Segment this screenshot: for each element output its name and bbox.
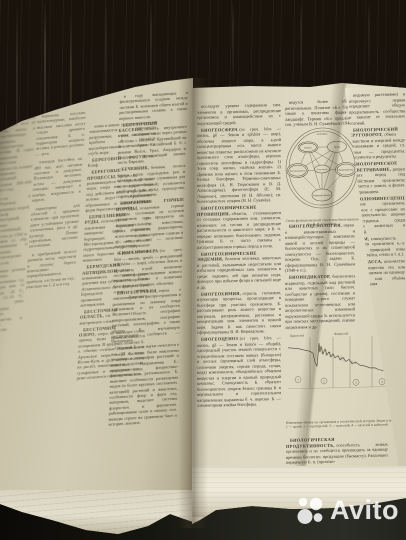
text-paragraph: характерны для областей с аридным климат… — [29, 202, 80, 249]
graph-marker-2: 2 — [323, 379, 325, 383]
entry-headword: БИОЛОГИЧЕСКОЕ ВЫВЕТРИВАНИЕ, — [349, 160, 397, 172]
entry-body: (от греч. bíos — жизнь, gē — Земля и koi… — [197, 335, 281, 408]
graph-marker-3: 3 — [355, 380, 357, 384]
left-page-column-4: в году выпадающих и фильтрующихся осадко… — [106, 90, 188, 498]
entry-body: (от греч. bíos — жизнь, gē — Земля и sph… — [197, 125, 281, 203]
wood-grain-streak — [368, 0, 370, 78]
entry-body: водимую растениями) и вторичную; первая … — [349, 91, 405, 125]
entry-body: отрасль геохимии, изучающая процессы, пр… — [197, 289, 281, 334]
entry-body: в году выпадающих и фильтрующихся осадко… — [119, 90, 188, 121]
dictionary-entry: БЕССТОЧНЫЙ БАССЕЙН,область внутреннего с… — [117, 118, 187, 165]
dictionary-entry: БИОГЕОХИМИЯ,отрасль геохимии, изучающая … — [197, 289, 281, 335]
entry-body: исследует уровни содержания хим. элемент… — [197, 102, 281, 125]
dictionary-entry: БИОГЕОЦЕНОЗ(от греч. bíos — жизнь, gē — … — [197, 335, 281, 408]
scheme-node-animals: Животный мир — [339, 168, 355, 171]
dictionary-entry: БИОГЕОГРАФИЯ,наука о закономерностях рас… — [111, 286, 181, 344]
dictionary-entry: БИОГЕОХИМИЧЕСКИЕ ЭНДЕМИИ,болезни человек… — [197, 249, 281, 289]
book-left-page: нистые, преим. хвойные леса из ели, пихт… — [0, 78, 193, 540]
dictionary-entry: БИОГЕНОСФЕРА(от греч. bíos — жизнь, -gen… — [113, 247, 183, 289]
wood-grain-streak — [150, 0, 152, 95]
dictionary-entry: исследует уровни содержания хим. элемент… — [197, 102, 281, 126]
graph-marker-1: 1 — [297, 378, 299, 382]
graph-label-mid: Фанерозой — [334, 331, 348, 335]
graph-label-left: Криптозой — [290, 333, 304, 337]
avito-watermark: Avito — [294, 494, 399, 526]
text-paragraph: площадь бассейна ок. 480 тыс. км²; питан… — [32, 156, 83, 203]
entry-body: Создание Б. как науки относится к нач. 1… — [108, 342, 179, 427]
dictionary-entry: водимую растениями) и вторичную; первая … — [349, 91, 405, 125]
dictionary-entry: БЕЧЕВНИК,бечевая, полоса берега вдоль су… — [116, 163, 185, 200]
scheme-node-plants: Растительность — [290, 170, 305, 172]
wood-grain-streak — [232, 0, 234, 85]
dictionary-entry: БИОГЕОСФЕРА(от греч. bíos — жизнь, gē — … — [197, 125, 281, 204]
book-right-page: исследует уровни содержания хим. элемент… — [192, 78, 406, 540]
text-paragraph: вершины плоские, куполовидные; наиболее … — [35, 110, 86, 157]
avito-logo-text: Avito — [330, 494, 399, 526]
text-paragraph: в прибрежной полосе развиты косы, пересы… — [26, 248, 77, 290]
photo-scene: нистые, преим. хвойные леса из ели, пихт… — [0, 0, 406, 540]
dictionary-entry: в году выпадающих и фильтрующихся осадко… — [119, 90, 188, 121]
right-page-column-1: исследует уровни содержания хим. элемент… — [197, 102, 281, 458]
text-paragraph: о-ва и побережья окраинных морей; рельеф… — [0, 193, 31, 267]
dictionary-entry: БИОЛОГИЧЕСКИЙ КРУГОВОРОТ,обмен веществом… — [349, 126, 405, 160]
scheme-node-climate: Климат — [304, 147, 311, 149]
avito-logo-icon — [294, 494, 326, 526]
dictionary-entry: Создание Б. как науки относится к нач. 1… — [108, 342, 179, 427]
graph-marker-4: 4 — [381, 380, 383, 384]
wood-grain-streak — [300, 0, 302, 80]
dictionary-entry: БИОГЕОХИМИЧЕСКИЕ ПРОВИНЦИИ,области, отли… — [197, 204, 281, 250]
text-paragraph: речные долины широкие, заболоченные. Ср.… — [0, 266, 26, 334]
entry-body: наука о закономерностях распространения … — [111, 286, 181, 344]
dictionary-entry: БИОГЕННЫЕ ГОРНЫЕ ПОРОДЫ,осадочные горные… — [115, 197, 185, 250]
